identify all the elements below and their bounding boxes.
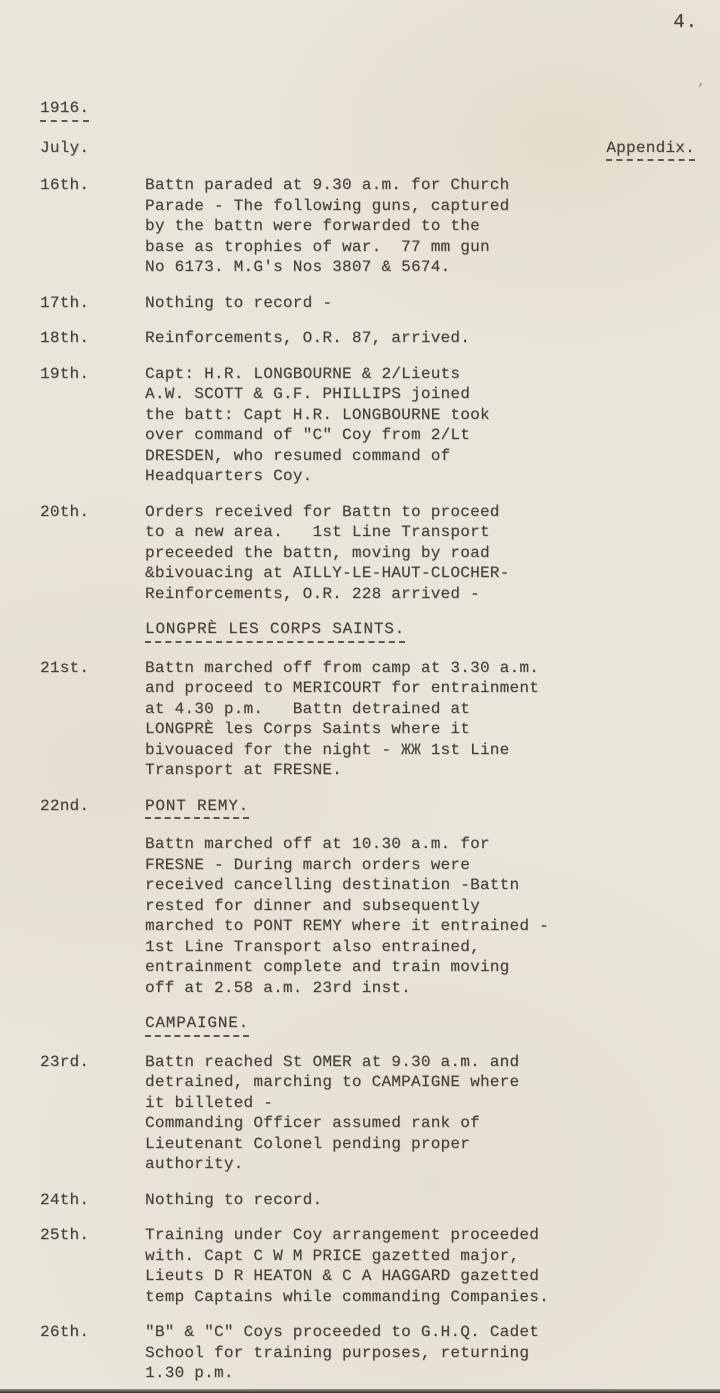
entry-date: 19th.	[40, 364, 145, 487]
diary-entry-21st: 21st. Battn marched off from camp at 3.3…	[40, 658, 695, 781]
entry-date-empty	[40, 619, 145, 643]
entry-date: 18th.	[40, 328, 145, 349]
entry-text: Orders received for Battn to proceed to …	[145, 502, 510, 605]
diary-entry-25th: 25th. Training under Coy arrangement pro…	[40, 1225, 695, 1307]
entry-date: 23rd.	[40, 1052, 145, 1175]
diary-entries: 16th. Battn paraded at 9.30 a.m. for Chu…	[40, 175, 695, 1384]
entry-text: Capt: H.R. LONGBOURNE & 2/Lieuts A.W. SC…	[145, 364, 490, 487]
entry-text: Training under Coy arrangement proceeded…	[145, 1225, 549, 1307]
entry-date: 24th.	[40, 1190, 145, 1211]
entry-date: 20th.	[40, 502, 145, 605]
entry-date-empty	[40, 834, 145, 998]
diary-entry-23rd: 23rd. Battn reached St OMER at 9.30 a.m.…	[40, 1052, 695, 1175]
section-heading-campaigne: CAMPAIGNE.	[145, 1013, 249, 1037]
section-heading-longpre: LONGPRÈ LES CORPS SAINTS.	[145, 619, 405, 643]
section-heading-pont-remy: PONT REMY.	[145, 796, 249, 820]
month-row: July. Appendix.	[40, 138, 695, 162]
appendix-label: Appendix.	[606, 138, 695, 162]
month-label: July.	[40, 138, 89, 159]
diary-entry-19th: 19th. Capt: H.R. LONGBOURNE & 2/Lieuts A…	[40, 364, 695, 487]
entry-text: Battn marched off from camp at 3.30 a.m.…	[145, 658, 539, 781]
entry-date: 25th.	[40, 1225, 145, 1307]
diary-entry-16th: 16th. Battn paraded at 9.30 a.m. for Chu…	[40, 175, 695, 278]
diary-entry-18th: 18th. Reinforcements, O.R. 87, arrived.	[40, 328, 695, 349]
entry-date: 17th.	[40, 293, 145, 314]
diary-entry-22nd-body: Battn marched off at 10.30 a.m. for FRES…	[40, 834, 695, 998]
entry-text: "B" & "C" Coys proceeded to G.H.Q. Cadet…	[145, 1322, 539, 1384]
page-number: 4.	[673, 12, 698, 33]
year-heading: 1916.	[40, 98, 89, 122]
entry-text: Battn reached St OMER at 9.30 a.m. and d…	[145, 1052, 519, 1175]
entry-text: Battn marched off at 10.30 a.m. for FRES…	[145, 834, 549, 998]
entry-date: 16th.	[40, 175, 145, 278]
diary-entry-26th: 26th. "B" & "C" Coys proceeded to G.H.Q.…	[40, 1322, 695, 1384]
section-heading-row-campaigne: CAMPAIGNE.	[40, 1013, 695, 1037]
entry-date: 21st.	[40, 658, 145, 781]
war-diary-page: 4. ’ 1916. July. Appendix. 16th. Battn p…	[0, 0, 720, 1393]
entry-date: 26th.	[40, 1322, 145, 1384]
diary-entry-24th: 24th. Nothing to record.	[40, 1190, 695, 1211]
entry-text: Reinforcements, O.R. 87, arrived.	[145, 328, 470, 349]
stray-ink-mark: ’	[693, 79, 706, 101]
entry-text: Nothing to record -	[145, 293, 332, 314]
entry-date: 22nd.	[40, 796, 145, 820]
entry-text: Nothing to record.	[145, 1190, 322, 1211]
year-heading-row: 1916.	[40, 98, 695, 122]
diary-entry-20th: 20th. Orders received for Battn to proce…	[40, 502, 695, 605]
diary-entry-22nd-heading: 22nd. PONT REMY.	[40, 796, 695, 820]
scan-bottom-edge	[0, 1389, 720, 1393]
entry-date-empty	[40, 1013, 145, 1037]
diary-entry-17th: 17th. Nothing to record -	[40, 293, 695, 314]
section-heading-row-longpre: LONGPRÈ LES CORPS SAINTS.	[40, 619, 695, 643]
entry-text: Battn paraded at 9.30 a.m. for Church Pa…	[145, 175, 510, 278]
